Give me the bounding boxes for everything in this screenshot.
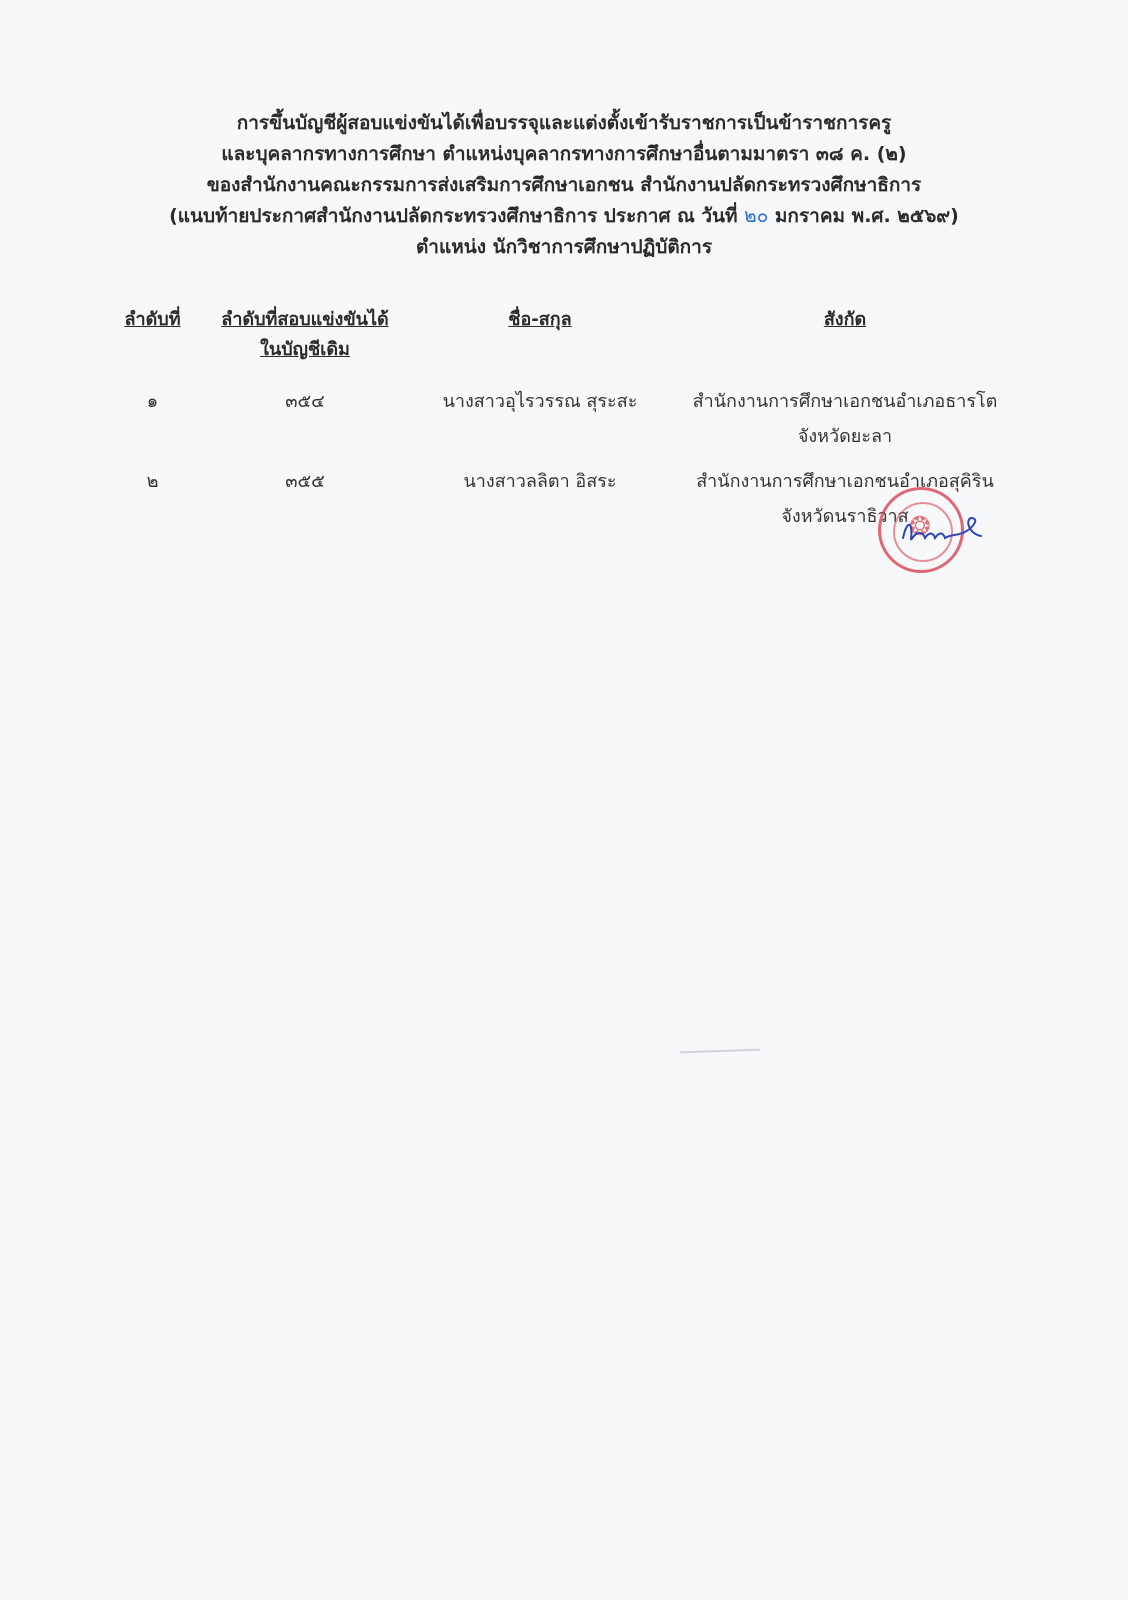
column-header-name: ชื่อ-สกุล bbox=[420, 305, 660, 335]
row-name: นางสาวอุไรวรรณ สุระสะ bbox=[420, 386, 660, 418]
signature-icon bbox=[895, 510, 985, 550]
row-affiliation: สำนักงานการศึกษาเอกชนอำเภอธารโต bbox=[660, 386, 1030, 418]
column-header-affiliation: สังกัด bbox=[660, 305, 1030, 335]
title-line-4: (แนบท้ายประกาศสำนักงานปลัดกระทรวงศึกษาธิ… bbox=[0, 201, 1128, 232]
row-name: นางสาวลลิตา อิสระ bbox=[420, 466, 660, 498]
row-original-rank: ๓๕๕ bbox=[200, 466, 410, 498]
document-header: การขึ้นบัญชีผู้สอบแข่งขันได้เพื่อบรรจุแล… bbox=[0, 108, 1128, 263]
column-header-original-rank: ลำดับที่สอบแข่งขันได้ bbox=[200, 305, 410, 335]
announcement-suffix: มกราคม พ.ศ. ๒๕๖๙) bbox=[768, 205, 959, 227]
title-line-2: และบุคลากรทางการศึกษา ตำแหน่งบุคลากรทางก… bbox=[0, 139, 1128, 170]
row-order: ๒ bbox=[100, 466, 205, 498]
position-title: ตำแหน่ง นักวิชาการศึกษาปฏิบัติการ bbox=[0, 232, 1128, 263]
row-affiliation: สำนักงานการศึกษาเอกชนอำเภอสุคิริน bbox=[660, 466, 1030, 498]
column-header-original-rank-line2: ในบัญชีเดิม bbox=[200, 335, 410, 365]
row-original-rank: ๓๕๔ bbox=[200, 386, 410, 418]
row-order: ๑ bbox=[100, 386, 205, 418]
title-line-3: ของสำนักงานคณะกรรมการส่งเสริมการศึกษาเอก… bbox=[0, 170, 1128, 201]
column-header-order: ลำดับที่ bbox=[100, 305, 205, 335]
scan-mark bbox=[680, 1049, 760, 1054]
title-line-1: การขึ้นบัญชีผู้สอบแข่งขันได้เพื่อบรรจุแล… bbox=[0, 108, 1128, 139]
announcement-prefix: (แนบท้ายประกาศสำนักงานปลัดกระทรวงศึกษาธิ… bbox=[169, 205, 744, 227]
handwritten-day: ๒๐ bbox=[744, 205, 768, 227]
row-affiliation-province: จังหวัดยะลา bbox=[660, 421, 1030, 453]
